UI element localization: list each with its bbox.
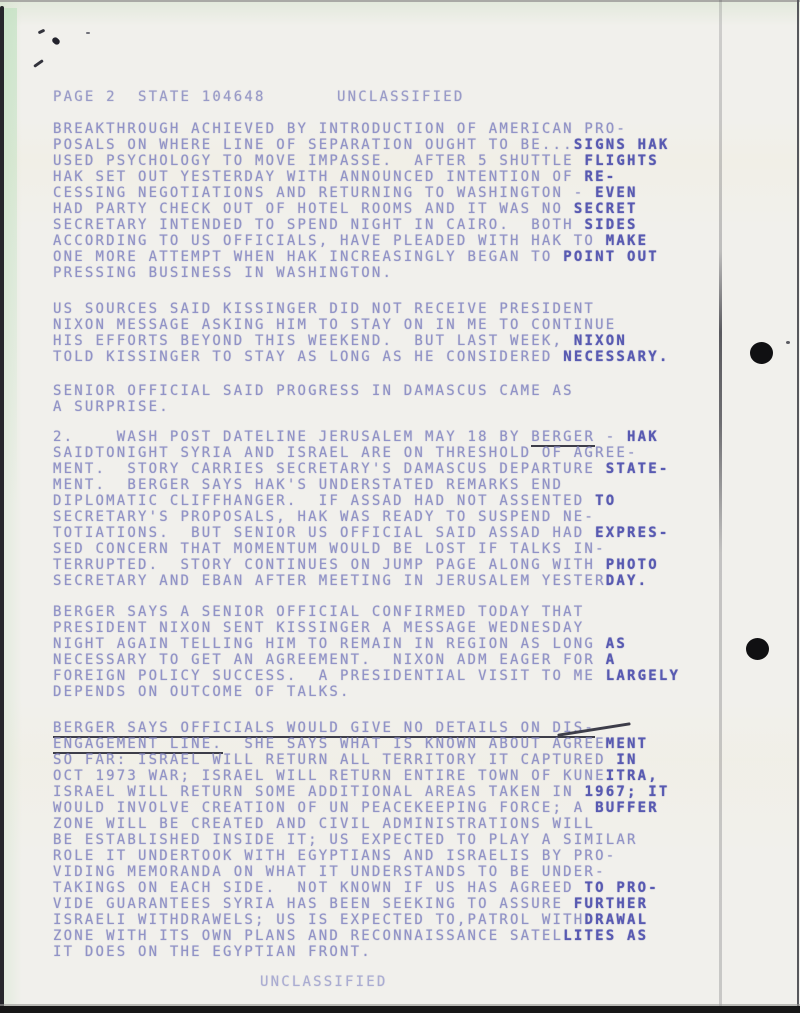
document-line: NIXON MESSAGE ASKING HIM TO STAY ON IN M… xyxy=(53,317,669,333)
hole-punch-dot xyxy=(750,342,773,364)
pen-mark xyxy=(86,32,90,34)
document-line: BE ESTABLISHED INSIDE IT; US EXPECTED TO… xyxy=(53,832,669,848)
bold-overstrike-text: HAK xyxy=(627,429,659,445)
document-line: SO FAR: ISRAEL WILL RETURN ALL TERRITORY… xyxy=(53,752,669,768)
document-line: TOLD KISSINGER TO STAY AS LONG AS HE CON… xyxy=(53,349,669,365)
document-line: TOTIATIONS. BUT SENIOR US OFFICIAL SAID … xyxy=(53,525,669,541)
bold-overstrike-text: STATE- xyxy=(606,461,670,477)
bold-overstrike-text: 1967; IT xyxy=(584,784,669,800)
document-line: VIDE GUARANTEES SYRIA HAS BEEN SEEKING T… xyxy=(53,896,669,912)
document-line: SED CONCERN THAT MOMENTUM WOULD BE LOST … xyxy=(53,541,669,557)
document-line: PRESIDENT NIXON SENT KISSINGER A MESSAGE… xyxy=(53,620,680,636)
document-line: USED PSYCHOLOGY TO MOVE IMPASSE. AFTER 5… xyxy=(53,153,669,169)
paragraph-3: SENIOR OFFICIAL SAID PROGRESS IN DAMASCU… xyxy=(53,383,574,415)
bold-overstrike-text: FLIGHTS xyxy=(584,153,658,169)
document-line: SECRETARY'S PROPOSALS, HAK WAS READY TO … xyxy=(53,509,669,525)
pen-mark xyxy=(33,59,44,68)
scan-edge-top xyxy=(0,0,800,2)
pen-mark xyxy=(51,36,61,46)
paragraph-6: BERGER SAYS OFFICIALS WOULD GIVE NO DETA… xyxy=(53,720,669,960)
bold-overstrike-text: MAKE xyxy=(606,233,649,249)
bold-overstrike-text: ITRA, xyxy=(606,768,659,784)
document-line: DEPENDS ON OUTCOME OF TALKS. xyxy=(53,684,680,700)
document-line: PRESSING BUSINESS IN WASHINGTON. xyxy=(53,265,669,281)
bold-overstrike-text: MENT xyxy=(606,736,649,752)
document-line: CESSING NEGOTIATIONS AND RETURNING TO WA… xyxy=(53,185,669,201)
paragraph-4: 2. WASH POST DATELINE JERUSALEM MAY 18 B… xyxy=(53,429,669,589)
document-line: HAD PARTY CHECK OUT OF HOTEL ROOMS AND I… xyxy=(53,201,669,217)
document-line: 2. WASH POST DATELINE JERUSALEM MAY 18 B… xyxy=(53,429,669,445)
bold-overstrike-text: DAY. xyxy=(606,573,649,589)
document-line: NECESSARY TO GET AN AGREEMENT. NIXON ADM… xyxy=(53,652,680,668)
document-line: A SURPRISE. xyxy=(53,399,574,415)
document-line: VIDING MEMORANDA ON WHAT IT UNDERSTANDS … xyxy=(53,864,669,880)
document-line: ACCORDING TO US OFFICIALS, HAVE PLEADED … xyxy=(53,233,669,249)
hole-punch-dot xyxy=(746,638,769,660)
document-line: MENT. STORY CARRIES SECRETARY'S DAMASCUS… xyxy=(53,461,669,477)
document-line: SECRETARY INTENDED TO SPEND NIGHT IN CAI… xyxy=(53,217,669,233)
document-line: FOREIGN POLICY SUCCESS. A PRESIDENTIAL V… xyxy=(53,668,680,684)
bold-overstrike-text: LARGELY xyxy=(606,668,680,684)
document-line: BREAKTHROUGH ACHIEVED BY INTRODUCTION OF… xyxy=(53,121,669,137)
header-classification: UNCLASSIFIED xyxy=(337,89,465,105)
document-line: ROLE IT UNDERTOOK WITH EGYPTIANS AND ISR… xyxy=(53,848,669,864)
bold-overstrike-text: FURTHER xyxy=(574,896,648,912)
bold-overstrike-text: NIXON xyxy=(574,333,627,349)
bold-overstrike-text: POINT OUT xyxy=(563,249,659,265)
document-line: MENT. BERGER SAYS HAK'S UNDERSTATED REMA… xyxy=(53,477,669,493)
bold-overstrike-text: SIGNS HAK xyxy=(574,137,670,153)
scan-speck xyxy=(786,341,790,344)
pen-mark xyxy=(38,29,46,35)
document-line: BERGER SAYS A SENIOR OFFICIAL CONFIRMED … xyxy=(53,604,680,620)
bold-overstrike-text: TO xyxy=(595,493,616,509)
page-header-label: PAGE 2 STATE 104648 xyxy=(53,89,266,105)
document-line: ONE MORE ATTEMPT WHEN HAK INCREASINGLY B… xyxy=(53,249,669,265)
bold-overstrike-text: EVEN xyxy=(595,185,638,201)
scan-edge-left xyxy=(0,6,4,1008)
document-line: US SOURCES SAID KISSINGER DID NOT RECEIV… xyxy=(53,301,669,317)
document-line: OCT 1973 WAR; ISRAEL WILL RETURN ENTIRE … xyxy=(53,768,669,784)
footer-classification: UNCLASSIFIED xyxy=(260,974,388,990)
bold-overstrike-text: EXPRES- xyxy=(595,525,669,541)
paragraph-1: BREAKTHROUGH ACHIEVED BY INTRODUCTION OF… xyxy=(53,121,669,281)
bold-overstrike-text: SIDES xyxy=(584,217,637,233)
document-line: WOULD INVOLVE CREATION OF UN PEACEKEEPIN… xyxy=(53,800,669,816)
bold-overstrike-text: LITES AS xyxy=(563,928,648,944)
bold-overstrike-text: NECESSARY. xyxy=(563,349,669,365)
document-line: ZONE WITH ITS OWN PLANS AND RECONNAISSAN… xyxy=(53,928,669,944)
document-line: HAK SET OUT YESTERDAY WITH ANNOUNCED INT… xyxy=(53,169,669,185)
page-crease-line xyxy=(719,0,722,1006)
bold-overstrike-text: PHOTO xyxy=(606,557,659,573)
bold-overstrike-text: RE- xyxy=(584,169,616,185)
document-line: SAIDTONIGHT SYRIA AND ISRAEL ARE ON THRE… xyxy=(53,445,669,461)
document-line: ENGAGEMENT LINE. SHE SAYS WHAT IS KNOWN … xyxy=(53,736,669,752)
bold-overstrike-text: TO PRO- xyxy=(584,880,658,896)
document-line: NIGHT AGAIN TELLING HIM TO REMAIN IN REG… xyxy=(53,636,680,652)
scan-tint-band xyxy=(4,8,17,548)
bold-overstrike-text: BUFFER xyxy=(595,800,659,816)
scan-edge-right xyxy=(797,0,799,1013)
paragraph-2: US SOURCES SAID KISSINGER DID NOT RECEIV… xyxy=(53,301,669,365)
scan-edge-bottom xyxy=(0,1006,800,1013)
document-line: POSALS ON WHERE LINE OF SEPARATION OUGHT… xyxy=(53,137,669,153)
document-line: IT DOES ON THE EGYPTIAN FRONT. xyxy=(53,944,669,960)
bold-overstrike-text: A xyxy=(606,652,617,668)
bold-overstrike-text: SECRET xyxy=(574,201,638,217)
bold-overstrike-text: DRAWAL xyxy=(584,912,648,928)
document-line: ZONE WILL BE CREATED AND CIVIL ADMINISTR… xyxy=(53,816,669,832)
paragraph-5: BERGER SAYS A SENIOR OFFICIAL CONFIRMED … xyxy=(53,604,680,700)
document-line: TAKINGS ON EACH SIDE. NOT KNOWN IF US HA… xyxy=(53,880,669,896)
bold-overstrike-text: IN xyxy=(616,752,637,768)
document-line: DIPLOMATIC CLIFFHANGER. IF ASSAD HAD NOT… xyxy=(53,493,669,509)
document-line: ISRAEL WILL RETURN SOME ADDITIONAL AREAS… xyxy=(53,784,669,800)
bold-overstrike-text: AS xyxy=(606,636,627,652)
document-line: SENIOR OFFICIAL SAID PROGRESS IN DAMASCU… xyxy=(53,383,574,399)
document-line: SECRETARY AND EBAN AFTER MEETING IN JERU… xyxy=(53,573,669,589)
document-line: ISRAELI WITHDRAWELS; US IS EXPECTED TO,P… xyxy=(53,912,669,928)
document-line: HIS EFFORTS BEYOND THIS WEEKEND. BUT LAS… xyxy=(53,333,669,349)
document-line: TERRUPTED. STORY CONTINUES ON JUMP PAGE … xyxy=(53,557,669,573)
scanned-telegram-page: PAGE 2 STATE 104648 UNCLASSIFIED BREAKTH… xyxy=(0,0,800,1013)
